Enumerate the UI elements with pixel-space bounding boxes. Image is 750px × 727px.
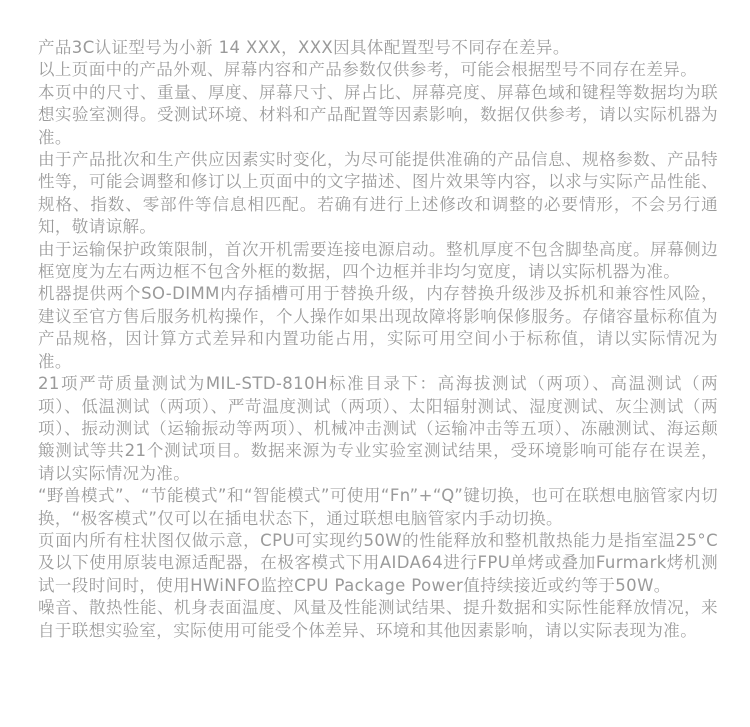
paragraph-certification-model: 产品3C认证型号为小新 14 XXX，XXX因具体配置型号不同存在差异。 bbox=[38, 37, 718, 59]
paragraph-measurement-disclaimer: 本页中的尺寸、重量、厚度、屏幕尺寸、屏占比、屏幕亮度、屏幕色域和键程等数据均为联… bbox=[38, 82, 718, 149]
paragraph-shipping-power: 由于运输保护政策限制，首次开机需要连接电源启动。整机厚度不包含脚垫高度。屏幕侧边… bbox=[38, 239, 718, 284]
disclaimer-document: 产品3C认证型号为小新 14 XXX，XXX因具体配置型号不同存在差异。 以上页… bbox=[38, 37, 718, 642]
paragraph-batch-changes: 由于产品批次和生产供应因素实时变化，为尽可能提供准确的产品信息、规格参数、产品特… bbox=[38, 149, 718, 239]
paragraph-mil-std-tests: 21项严苛质量测试为MIL-STD-810H标准目录下：高海拔测试（两项）、高温… bbox=[38, 373, 718, 485]
paragraph-appearance-disclaimer: 以上页面中的产品外观、屏幕内容和产品参数仅供参考，可能会根据型号不同存在差异。 bbox=[38, 59, 718, 81]
paragraph-thermal-noise: 噪音、散热性能、机身表面温度、风量及性能测试结果、提升数据和实际性能释放情况，来… bbox=[38, 597, 718, 642]
paragraph-performance-modes: “野兽模式”、“节能模式”和“智能模式”可使用“Fn”+“Q”键切换，也可在联想… bbox=[38, 485, 718, 530]
paragraph-memory-storage: 机器提供两个SO-DIMM内存插槽可用于替换升级，内存替换升级涉及拆机和兼容性风… bbox=[38, 283, 718, 373]
paragraph-cpu-power: 页面内所有柱状图仅做示意，CPU可实现约50W的性能释放和整机散热能力是指室温2… bbox=[38, 530, 718, 597]
